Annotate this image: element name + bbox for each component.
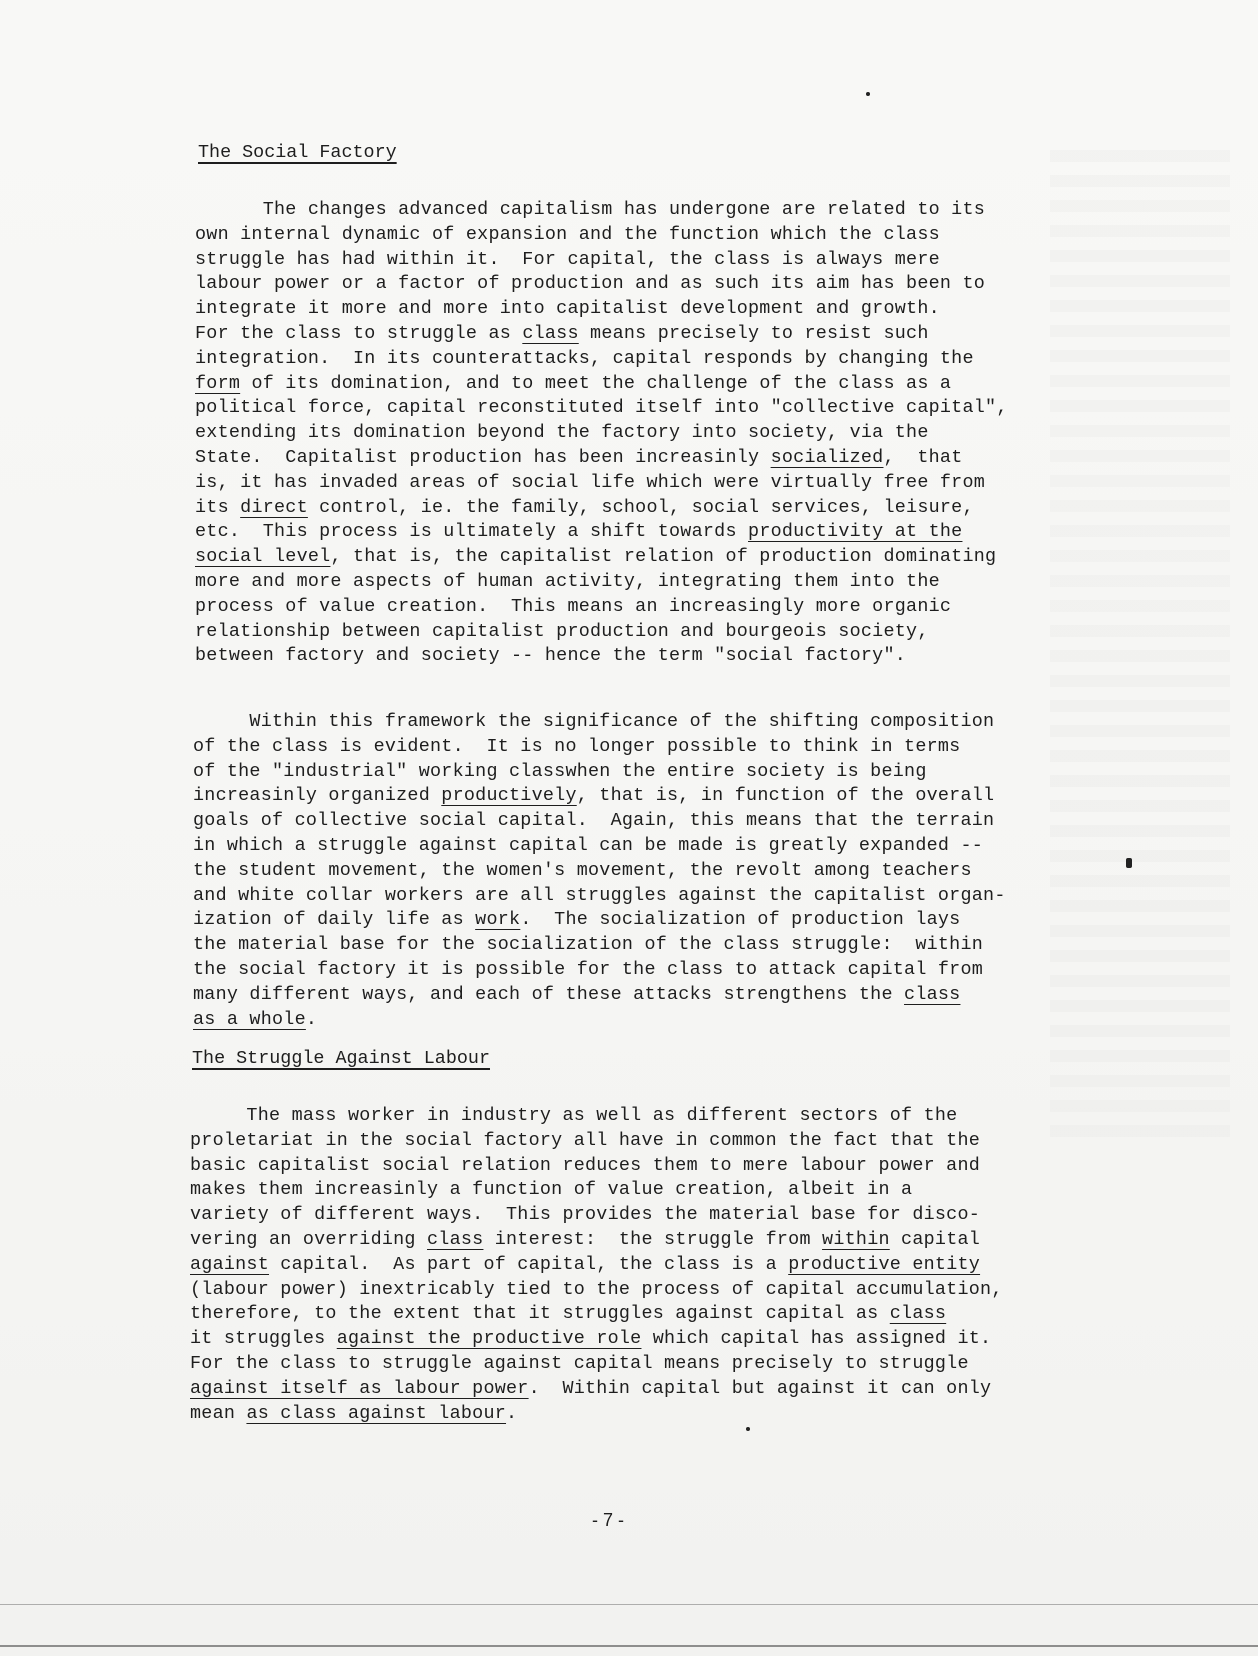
- text-line: of the "industrial" working classwhen th…: [193, 760, 1006, 785]
- text-line: political force, capital reconstituted i…: [195, 396, 1008, 421]
- text-line: it struggles against the productive role…: [190, 1327, 1003, 1352]
- text-run: , that is, the capitalist relation of pr…: [330, 546, 996, 567]
- underlined-emphasis: form: [195, 373, 240, 394]
- text-run: struggle has had within it. For capital,…: [195, 249, 940, 270]
- text-line: relationship between capitalist producti…: [195, 620, 1008, 645]
- text-line: more and more aspects of human activity,…: [195, 570, 1008, 595]
- text-run: labour power or a factor of production a…: [195, 273, 985, 294]
- scan-fold-line: [0, 1604, 1258, 1605]
- text-run: extending its domination beyond the fact…: [195, 422, 929, 443]
- text-run: many different ways, and each of these a…: [193, 984, 904, 1005]
- text-run: process of value creation. This means an…: [195, 596, 951, 617]
- text-run: integration. In its counterattacks, capi…: [195, 348, 974, 369]
- text-run: .: [506, 1403, 517, 1424]
- text-line: in which a struggle against capital can …: [193, 834, 1006, 859]
- scanned-page: The Social Factory The changes advanced …: [0, 0, 1258, 1656]
- text-run: which capital has assigned it.: [641, 1328, 991, 1349]
- text-run: basic capitalist social relation reduces…: [190, 1155, 980, 1176]
- text-line: mean as class against labour.: [190, 1402, 1003, 1427]
- text-run: ization of daily life as: [193, 909, 475, 930]
- text-line: ization of daily life as work. The socia…: [193, 908, 1006, 933]
- text-run: control, ie. the family, school, social …: [308, 497, 974, 518]
- text-line: and white collar workers are all struggl…: [193, 884, 1006, 909]
- text-line: integration. In its counterattacks, capi…: [195, 347, 1008, 372]
- text-line: struggle has had within it. For capital,…: [195, 248, 1008, 273]
- text-line: makes them increasinly a function of val…: [190, 1178, 1003, 1203]
- text-run: increasinly organized: [193, 785, 441, 806]
- scan-speck: [1126, 858, 1132, 868]
- text-run: proletariat in the social factory all ha…: [190, 1130, 980, 1151]
- text-run: between factory and society -- hence the…: [195, 645, 906, 666]
- paragraph-social-factory-2: Within this framework the significance o…: [193, 710, 1006, 1032]
- bleed-through-text: [1050, 150, 1230, 1150]
- text-line: own internal dynamic of expansion and th…: [195, 223, 1008, 248]
- text-line: against capital. As part of capital, the…: [190, 1253, 1003, 1278]
- section-heading-struggle-against-labour: The Struggle Against Labour: [192, 1048, 490, 1069]
- text-line: between factory and society -- hence the…: [195, 644, 1008, 669]
- scan-speck: [866, 92, 870, 96]
- underlined-emphasis: against the productive role: [337, 1328, 642, 1349]
- text-run: vering an overriding: [190, 1229, 427, 1250]
- page-number: - 7 -: [592, 1510, 624, 1531]
- text-run: goals of collective social capital. Agai…: [193, 810, 994, 831]
- text-run: , that: [883, 447, 962, 468]
- text-line: against itself as labour power. Within c…: [190, 1377, 1003, 1402]
- underlined-emphasis: socialized: [771, 447, 884, 468]
- underlined-emphasis: productive entity: [788, 1254, 980, 1275]
- underlined-emphasis: class: [890, 1303, 946, 1324]
- text-line: State. Capitalist production has been in…: [195, 446, 1008, 471]
- text-run: For the class to struggle against capita…: [190, 1353, 969, 1374]
- text-run: the social factory it is possible for th…: [193, 959, 983, 980]
- text-line: its direct control, ie. the family, scho…: [195, 496, 1008, 521]
- text-run: means precisely to resist such: [579, 323, 929, 344]
- text-line: therefore, to the extent that it struggl…: [190, 1302, 1003, 1327]
- underlined-emphasis: productivity at the: [748, 521, 962, 542]
- underlined-emphasis: class: [522, 323, 578, 344]
- paragraph-social-factory-1: The changes advanced capitalism has unde…: [195, 198, 1008, 669]
- text-run: of its domination, and to meet the chall…: [240, 373, 951, 394]
- text-line: The changes advanced capitalism has unde…: [195, 198, 1008, 223]
- text-line: For the class to struggle against capita…: [190, 1352, 1003, 1377]
- text-line: process of value creation. This means an…: [195, 595, 1008, 620]
- text-run: (labour power) inextricably tied to the …: [190, 1279, 1003, 1300]
- underlined-emphasis: within: [822, 1229, 890, 1250]
- text-run: the material base for the socialization …: [193, 934, 983, 955]
- text-line: variety of different ways. This provides…: [190, 1203, 1003, 1228]
- text-run: own internal dynamic of expansion and th…: [195, 224, 940, 245]
- text-line: extending its domination beyond the fact…: [195, 421, 1008, 446]
- text-line: etc. This process is ultimately a shift …: [195, 520, 1008, 545]
- text-line: The mass worker in industry as well as d…: [190, 1104, 1003, 1129]
- underlined-emphasis: direct: [240, 497, 308, 518]
- text-run: For the class to struggle as: [195, 323, 522, 344]
- text-run: relationship between capitalist producti…: [195, 621, 929, 642]
- text-line: proletariat in the social factory all ha…: [190, 1129, 1003, 1154]
- text-line: as a whole.: [193, 1008, 1006, 1033]
- underlined-emphasis: as a whole: [193, 1009, 306, 1030]
- text-run: it struggles: [190, 1328, 337, 1349]
- text-run: in which a struggle against capital can …: [193, 835, 983, 856]
- text-line: many different ways, and each of these a…: [193, 983, 1006, 1008]
- underlined-emphasis: against: [190, 1254, 269, 1275]
- text-run: The changes advanced capitalism has unde…: [195, 199, 985, 220]
- text-run: is, it has invaded areas of social life …: [195, 472, 985, 493]
- underlined-emphasis: as class against labour: [246, 1403, 506, 1424]
- underlined-emphasis: class: [904, 984, 960, 1005]
- paragraph-struggle-against-labour: The mass worker in industry as well as d…: [190, 1104, 1003, 1426]
- text-run: , that is, in function of the overall: [577, 785, 995, 806]
- underlined-emphasis: social level: [195, 546, 330, 567]
- text-line: labour power or a factor of production a…: [195, 272, 1008, 297]
- text-run: .: [306, 1009, 317, 1030]
- text-run: and white collar workers are all struggl…: [193, 885, 1006, 906]
- scan-speck: [746, 1427, 750, 1431]
- text-line: For the class to struggle as class means…: [195, 322, 1008, 347]
- text-run: the student movement, the women's moveme…: [193, 860, 972, 881]
- underlined-emphasis: class: [427, 1229, 483, 1250]
- text-run: more and more aspects of human activity,…: [195, 571, 940, 592]
- text-run: integrate it more and more into capitali…: [195, 298, 940, 319]
- underlined-emphasis: against itself as labour power: [190, 1378, 529, 1399]
- text-line: (labour power) inextricably tied to the …: [190, 1278, 1003, 1303]
- text-run: of the class is evident. It is no longer…: [193, 736, 960, 757]
- text-run: . Within capital but against it can only: [529, 1378, 992, 1399]
- section-heading-social-factory: The Social Factory: [198, 142, 397, 163]
- text-run: its: [195, 497, 240, 518]
- text-line: goals of collective social capital. Agai…: [193, 809, 1006, 834]
- text-run: . The socialization of production lays: [520, 909, 960, 930]
- text-run: Within this framework the significance o…: [193, 711, 994, 732]
- text-line: Within this framework the significance o…: [193, 710, 1006, 735]
- text-run: mean: [190, 1403, 246, 1424]
- text-run: therefore, to the extent that it struggl…: [190, 1303, 890, 1324]
- underlined-emphasis: productively: [441, 785, 576, 806]
- text-run: capital: [890, 1229, 980, 1250]
- text-run: State. Capitalist production has been in…: [195, 447, 771, 468]
- text-run: The mass worker in industry as well as d…: [190, 1105, 957, 1126]
- text-line: form of its domination, and to meet the …: [195, 372, 1008, 397]
- text-run: interest: the struggle from: [483, 1229, 822, 1250]
- text-line: is, it has invaded areas of social life …: [195, 471, 1008, 496]
- text-line: increasinly organized productively, that…: [193, 784, 1006, 809]
- page-bottom-edge: [0, 1645, 1258, 1647]
- text-run: capital. As part of capital, the class i…: [269, 1254, 788, 1275]
- underlined-emphasis: work: [475, 909, 520, 930]
- text-run: of the "industrial" working classwhen th…: [193, 761, 927, 782]
- text-run: political force, capital reconstituted i…: [195, 397, 1008, 418]
- text-line: integrate it more and more into capitali…: [195, 297, 1008, 322]
- text-run: etc. This process is ultimately a shift …: [195, 521, 748, 542]
- text-run: variety of different ways. This provides…: [190, 1204, 980, 1225]
- text-line: of the class is evident. It is no longer…: [193, 735, 1006, 760]
- text-line: the student movement, the women's moveme…: [193, 859, 1006, 884]
- text-line: social level, that is, the capitalist re…: [195, 545, 1008, 570]
- text-line: the material base for the socialization …: [193, 933, 1006, 958]
- text-run: makes them increasinly a function of val…: [190, 1179, 912, 1200]
- text-line: basic capitalist social relation reduces…: [190, 1154, 1003, 1179]
- text-line: vering an overriding class interest: the…: [190, 1228, 1003, 1253]
- text-line: the social factory it is possible for th…: [193, 958, 1006, 983]
